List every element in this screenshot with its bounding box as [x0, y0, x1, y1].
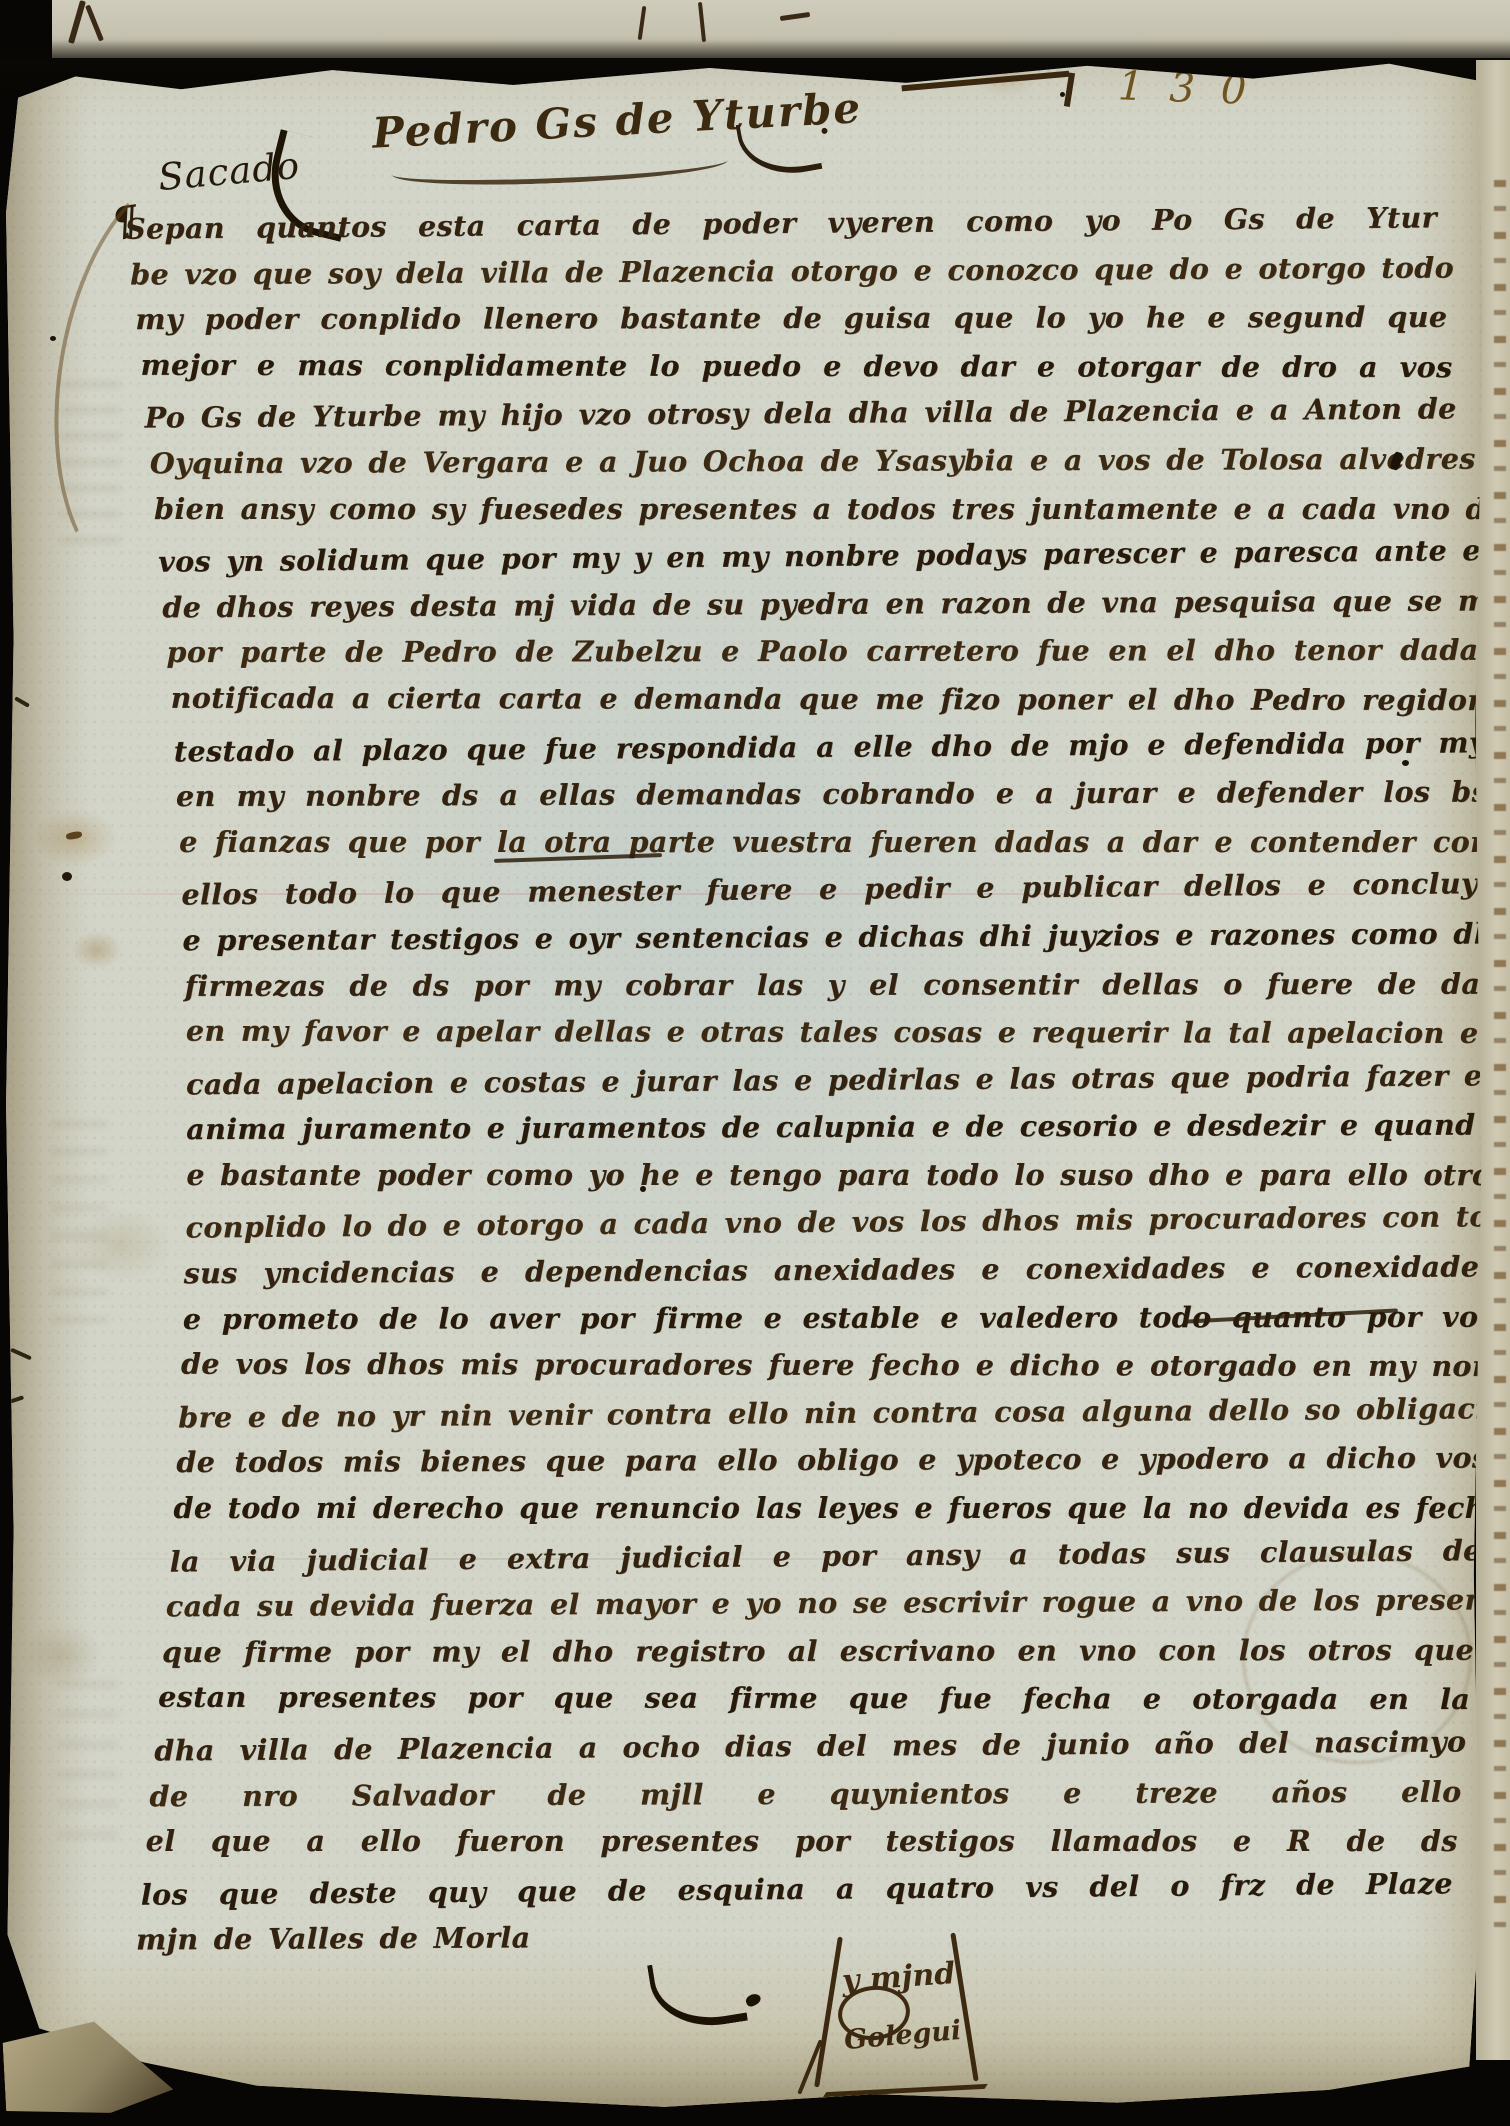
prev-page-ink-mark [780, 12, 810, 21]
manuscript-line: de todo mi derecho que renuncio las leye… [173, 1485, 1485, 1533]
strikethrough-mark [494, 853, 662, 863]
manuscript-line: testado al plazo que fue respondida a el… [174, 719, 1486, 776]
manuscript-line: Sepan quantos esta carta de poder vyeren… [125, 194, 1437, 253]
manuscript-text-block: Sepan quantos esta carta de poder vyeren… [125, 198, 1443, 1964]
end-of-text-flourish [647, 1951, 748, 2034]
fold-crease [0, 1558, 1510, 1560]
prev-page-ink-mark [698, 2, 706, 42]
prev-page-ink-mark [85, 4, 104, 41]
manuscript-line: e prometo de lo aver por firme e estable… [183, 1293, 1495, 1343]
strikethrough-mark [1186, 1308, 1398, 1323]
heading-swash-flourish [736, 112, 823, 183]
manuscript-line: los que deste quy que de esquina a quatr… [141, 1860, 1453, 1919]
next-page-bleed-text [1494, 180, 1506, 1930]
manuscript-line: be vzo que soy dela villa de Plazencia o… [130, 244, 1442, 298]
ink-speck [1402, 760, 1409, 766]
margin-note-sacado: Sacado [156, 144, 301, 199]
ink-speck [640, 1186, 646, 1192]
manuscript-line: estan presentes por que sea firme que fu… [158, 1674, 1470, 1724]
manuscript-line: que firme por my el dho registro al escr… [162, 1627, 1474, 1677]
manuscript-line: anima juramento e juramentos de calupnia… [186, 1102, 1498, 1154]
margin-note-flourish [258, 129, 363, 242]
manuscript-line: en my nonbre ds a ellas demandas cobrand… [176, 769, 1488, 821]
fold-crease [0, 893, 1510, 895]
rubric-stroke [797, 2039, 822, 2094]
bleedthrough-ring [1242, 1552, 1472, 1764]
manuscript-line: sus yncidencias e dependencias anexidade… [184, 1243, 1496, 1297]
manuscript-line: de nro Salvador de mjll e quynientos e t… [149, 1768, 1461, 1820]
manuscript-line: dha villa de Plazencia a ocho dias del m… [154, 1718, 1466, 1775]
bleedthrough-smudge [52, 1120, 107, 1330]
manuscript-line: en my favor e apelar dellas e otras tale… [186, 1008, 1498, 1058]
ink-speck [50, 336, 56, 341]
manuscript-line: cada su devida fuerza el mayor e yo no s… [166, 1577, 1478, 1631]
heading-underline-flourish [392, 146, 729, 189]
ink-speck [1060, 92, 1065, 97]
manuscript-line: Po Gs de Yturbe my hijo vzo otrosy dela … [145, 386, 1457, 443]
manuscript-line: cada apelacion e costas e jurar las e pe… [186, 1052, 1498, 1109]
manuscript-line: conplido lo do e otorgo a cada vno de vo… [185, 1194, 1497, 1253]
manuscript-photo: 130 Pedro Gs de Yturbe Sacado ¶ Sepan qu… [0, 0, 1510, 2126]
manuscript-line: mjn de Valles de Morla [136, 1910, 1448, 1964]
ink-speck [66, 831, 83, 841]
manuscript-line: e bastante poder como yo he e tengo para… [186, 1152, 1498, 1200]
rubric-underline [823, 2076, 993, 2097]
manuscript-line: de todos mis bienes que para ello obligo… [176, 1435, 1488, 1487]
manuscript-line: bre e de no yr nin venir contra ello nin… [178, 1385, 1490, 1442]
binding-stitch [10, 1348, 32, 1361]
manuscript-line: vos yn solidum que por my y en my nonbre… [158, 527, 1470, 586]
marginal-arc-flourish [26, 154, 307, 603]
manuscript-line: bien ansy como sy fuesedes presentes a t… [154, 485, 1466, 533]
manuscript-line: ellos todo lo que menester fuere e pedir… [181, 860, 1493, 919]
manuscript-line: por parte de Pedro de Zubelzu e Paolo ca… [166, 627, 1478, 677]
manuscript-line: de dhos reyes desta mj vida de su pyedra… [162, 577, 1474, 631]
paragraph-mark-icon: ¶ [109, 196, 141, 246]
manuscript-line: notificada a cierta carta e demanda que … [171, 675, 1483, 725]
ink-speck [1389, 451, 1403, 471]
manuscript-line: firmezas de ds por my cobrar las y el co… [185, 960, 1497, 1010]
notary-signature-rubric: y mjnd Golegui [790, 1942, 1000, 2102]
rubric-loop [835, 1982, 912, 2043]
ink-speck [62, 872, 72, 881]
manuscript-line: Oyquina vzo de Vergara e a Juo Ochoa de … [150, 436, 1462, 488]
manuscript-line: el que a ello fueron presentes por testi… [146, 1818, 1458, 1866]
binding-stitch [6, 1395, 24, 1404]
bleedthrough-smudge [58, 1680, 118, 1860]
bleedthrough-smudge [60, 380, 120, 550]
rubric-text-top: y mjnd [841, 1956, 956, 1999]
page-title: Pedro Gs de Yturbe [371, 83, 863, 158]
manuscript-page: 130 Pedro Gs de Yturbe Sacado ¶ Sepan qu… [0, 0, 1510, 2126]
manuscript-line: de vos los dhos mis procuradores fuere f… [181, 1341, 1493, 1391]
manuscript-line: la via judicial e extra judicial e por a… [169, 1527, 1481, 1586]
binding-stitch [14, 696, 30, 707]
rubric-text-bottom: Golegui [843, 2015, 963, 2056]
manuscript-line: my poder conplido llenero bastante de gu… [135, 294, 1447, 344]
prev-page-ink-mark [68, 0, 86, 44]
prev-page-ink-mark [638, 6, 647, 40]
rubric-stroke [814, 1937, 843, 2088]
manuscript-line: e fianzas que por la otra parte vuestra … [179, 819, 1491, 867]
manuscript-line: mejor e mas conplidamente lo puedo e dev… [140, 342, 1452, 392]
rubric-stroke [950, 1933, 978, 2082]
manuscript-line: e presentar testigos e oyr sentencias e … [182, 910, 1494, 964]
